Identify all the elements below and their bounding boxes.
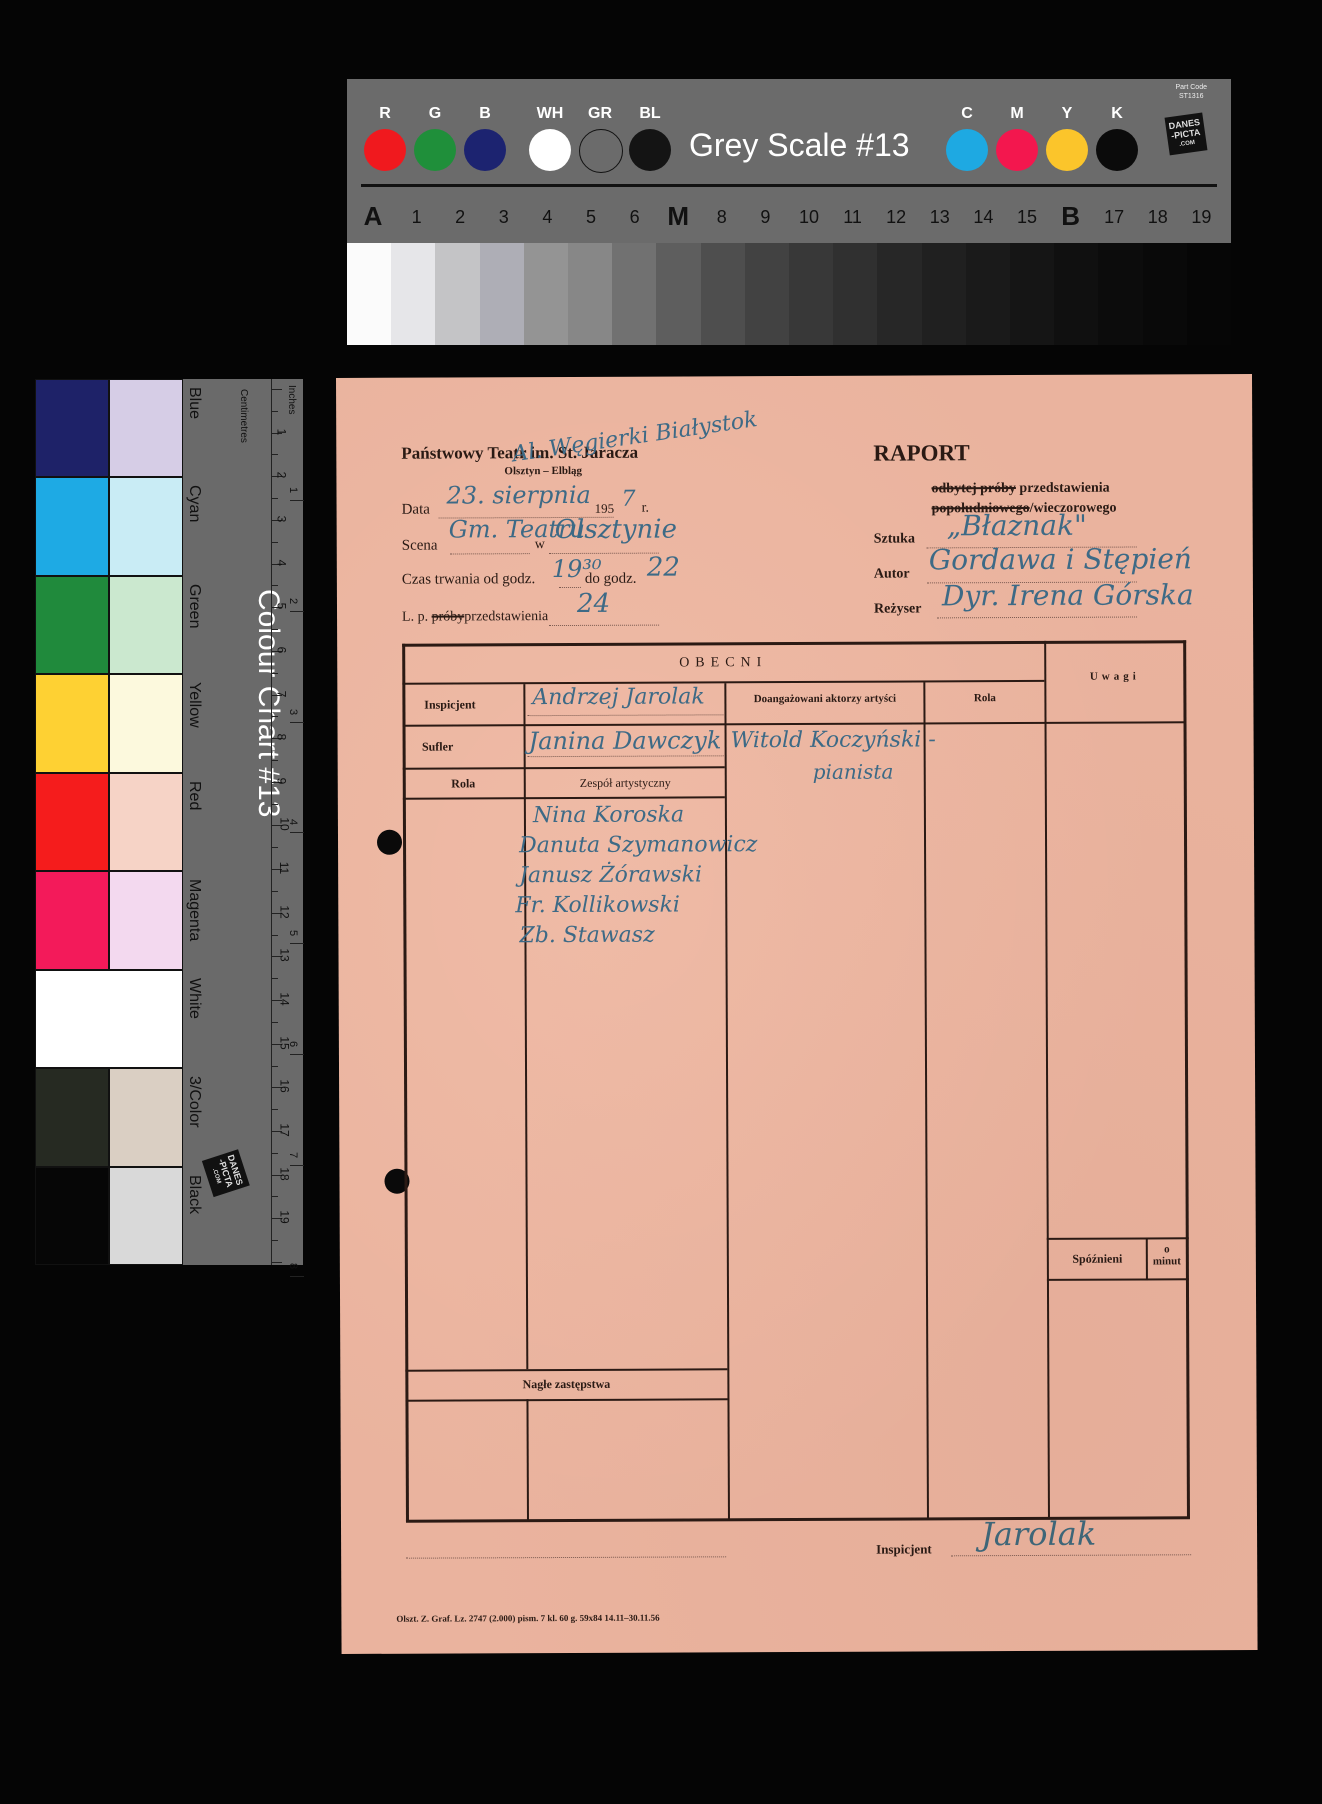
inch-tick-label: 2 (287, 598, 299, 604)
sufler-value: Janina Dawczyk (529, 726, 722, 755)
dot-label-wh: WH (528, 105, 572, 123)
color-dot-r (364, 129, 406, 171)
cm-tick-label: 17 (278, 1123, 292, 1136)
step-label: 18 (1140, 207, 1176, 228)
cm-tick-label: 11 (277, 862, 291, 874)
grey-step (347, 243, 391, 345)
sufler-label: Sufler (403, 739, 473, 754)
grey-step (391, 243, 435, 345)
report-form: Państwowy Teatr im. St. Jaracza Olsztyn … (336, 374, 1258, 1654)
color-dot-bl (629, 129, 671, 171)
swatch-yellow-dark (35, 674, 109, 772)
author-label: Autor (874, 566, 910, 582)
stage-city: Olsztynie (555, 515, 677, 546)
step-label: 4 (529, 207, 565, 228)
cm-tick-label: 18 (278, 1167, 292, 1180)
swatch-red-light (109, 773, 183, 871)
danes-picta-logo: DANES-PICTA.COM (1165, 113, 1207, 156)
footer-line (406, 1556, 726, 1558)
cm-tick-label: 4 (274, 559, 288, 566)
step-label: 1 (399, 207, 435, 228)
swatch-black-light (109, 1167, 183, 1265)
color-dot-g (414, 129, 456, 171)
color-dot-m (996, 129, 1038, 171)
performance-number: 24 (577, 589, 610, 619)
swatch-3-color-light (109, 1068, 183, 1166)
swatch-3-color-dark (35, 1068, 109, 1166)
swatch-label: Green (185, 584, 203, 628)
stage-city-line (549, 553, 659, 554)
year-digit: 7 (621, 487, 635, 512)
swatch-label: Cyan (185, 485, 203, 522)
dot-label-c: C (945, 105, 989, 123)
late-unit: ominut (1148, 1243, 1186, 1267)
cm-tick-label: 12 (278, 905, 292, 918)
color-dot-b (464, 129, 506, 171)
grey-step (656, 243, 700, 345)
cm-tick-label: 8 (274, 734, 288, 741)
attendance-table: OBECNI Uwagi Inspicjent Andrzej Jarolak … (402, 640, 1190, 1521)
color-dot-k (1096, 129, 1138, 171)
grey-step (833, 243, 877, 345)
date-label: Data (402, 502, 430, 519)
swatch-label: Blue (185, 387, 203, 419)
ruler: 1234567891011121314151617181912345678 (271, 379, 304, 1265)
grey-step (922, 243, 966, 345)
cm-tick-label: 16 (278, 1080, 292, 1093)
late-label: Spóźnieni (1049, 1251, 1146, 1266)
swatch-blue-dark (35, 379, 109, 477)
step-label: 10 (791, 207, 827, 228)
step-label: 17 (1096, 207, 1132, 228)
step-label: 11 (835, 207, 871, 228)
grey-step (701, 243, 745, 345)
inch-tick-label: 6 (287, 1041, 299, 1047)
grey-step (480, 243, 524, 345)
cm-tick-label: 14 (278, 992, 292, 1005)
grey-step (435, 243, 479, 345)
swatch-label: White (185, 978, 203, 1019)
role-header: Rola (403, 776, 524, 792)
step-label: 14 (965, 207, 1001, 228)
grey-step (789, 243, 833, 345)
grey-scale-card: RGBWHGRBLCMYK Grey Scale #13 Part Code S… (347, 79, 1231, 345)
guest-actors-header: Doangażowani aktorzy artyści (726, 692, 923, 705)
sudden-replacements-header: Nagłe zastępstwa (405, 1376, 727, 1392)
author-value: Gordawa i Stępień (929, 542, 1192, 576)
dot-label-g: G (413, 105, 457, 123)
cm-tick-label: 2 (274, 472, 288, 479)
step-label: 15 (1009, 207, 1045, 228)
grey-step (1010, 243, 1054, 345)
grey-step (877, 243, 921, 345)
swatch-label: Yellow (185, 682, 203, 728)
grey-step (1143, 243, 1187, 345)
grey-step (745, 243, 789, 345)
inch-tick-label: 8 (287, 1263, 299, 1269)
grey-step-strip (347, 243, 1231, 345)
ensemble-member: Fr. Kollikowski (515, 893, 680, 919)
dot-label-gr: GR (578, 105, 622, 123)
dot-label-m: M (995, 105, 1039, 123)
dot-label-bl: BL (628, 105, 672, 123)
swatch-magenta-light (109, 871, 183, 969)
inch-tick-label: 4 (287, 819, 299, 825)
grey-step (568, 243, 612, 345)
swatch-black-dark (35, 1167, 109, 1265)
colour-swatches (35, 379, 183, 1265)
step-label: 2 (442, 207, 478, 228)
cm-tick-label: 6 (274, 647, 288, 654)
guest-role-header: Rola (925, 692, 1044, 705)
ensemble-member: Danuta Szymanowicz (519, 832, 757, 858)
stage-label: Scena (402, 538, 438, 555)
inch-tick-label: 7 (287, 1152, 299, 1158)
date-value: 23. sierpnia (446, 481, 590, 510)
duration-label: Czas trwania od godz. (402, 571, 535, 589)
stage-line (450, 553, 530, 554)
cm-tick-label: 1 (274, 428, 288, 435)
step-label: 6 (617, 207, 653, 228)
director-line (937, 617, 1137, 619)
swatch-green-dark (35, 576, 109, 674)
grey-step (524, 243, 568, 345)
step-label: 5 (573, 207, 609, 228)
dot-label-b: B (463, 105, 507, 123)
director-value: Dyr. Irena Górska (942, 578, 1194, 612)
play-label: Sztuka (874, 531, 915, 547)
signature-label: Inspicjent (876, 1541, 932, 1557)
remarks-header: Uwagi (1046, 670, 1183, 683)
divider (361, 184, 1217, 187)
dot-label-k: K (1095, 105, 1139, 123)
swatch-label: 3/Color (185, 1076, 203, 1128)
swatch-label: Black (185, 1175, 203, 1214)
stage-in: w (535, 537, 545, 553)
guest-actor-line-1: Witold Koczyński - (731, 727, 936, 753)
cm-tick-label: 9 (274, 777, 288, 784)
swatch-blue-light (109, 379, 183, 477)
step-label: 13 (922, 207, 958, 228)
director-label: Reżyser (874, 601, 921, 617)
step-label: 9 (747, 207, 783, 228)
ensemble-member: Nina Koroska (533, 802, 684, 828)
swatch-cyan-dark (35, 477, 109, 575)
performance-number-label: L. p. próbyprzedstawienia (402, 609, 548, 626)
printer-note: Olszt. Z. Graf. Lz. 2747 (2.000) pism. 7… (396, 1613, 659, 1624)
colour-chart-card: BlueCyanGreenYellowRedMagentaWhite3/Colo… (35, 379, 303, 1265)
inspicjent-line (527, 714, 723, 716)
inspicjent-label: Inspicjent (402, 697, 497, 712)
grey-step (1098, 243, 1142, 345)
swatch-yellow-light (109, 674, 183, 772)
part-code: Part Code ST1316 (1175, 83, 1207, 101)
dot-label-r: R (363, 105, 407, 123)
obecni-header: OBECNI (402, 654, 1044, 673)
grey-step (612, 243, 656, 345)
step-label: A (355, 201, 391, 232)
color-dot-c (946, 129, 988, 171)
play-value: „Błaznak" (947, 509, 1087, 543)
cm-tick-label: 19 (278, 1211, 292, 1224)
performance-number-line (549, 625, 659, 626)
inches-label: Inches (286, 385, 297, 414)
signature-line (951, 1554, 1191, 1556)
swatch-cyan-light (109, 477, 183, 575)
inspicjent-value: Andrzej Jarolak (532, 684, 704, 710)
swatch-green-light (109, 576, 183, 674)
swatch-label: Red (185, 781, 203, 810)
step-label: 12 (878, 207, 914, 228)
step-label: 3 (486, 207, 522, 228)
swatch-magenta-dark (35, 871, 109, 969)
inch-tick-label: 1 (287, 487, 299, 493)
duration-from-line (559, 587, 581, 588)
step-label: M (660, 201, 696, 232)
color-dot-wh (529, 129, 571, 171)
cm-tick-label: 13 (278, 949, 292, 962)
duration-to: 22 (647, 553, 680, 583)
swatch-white (35, 970, 183, 1068)
grey-step (1054, 243, 1098, 345)
report-subtitle: odbytej próby przedstawienia (931, 481, 1109, 498)
centimetres-label: Centimetres (238, 389, 249, 443)
danes-picta-logo: DANES-PICTA.COM (202, 1149, 250, 1196)
swatch-label: Magenta (185, 879, 203, 941)
cm-tick-label: 3 (274, 516, 288, 523)
swatch-red-dark (35, 773, 109, 871)
ensemble-member: Janusz Żórawski (519, 862, 702, 888)
punch-hole (377, 830, 402, 855)
cm-tick-label: 7 (274, 690, 288, 697)
step-label: B (1053, 201, 1089, 232)
grey-step (966, 243, 1010, 345)
color-dot-y (1046, 129, 1088, 171)
signature: Jarolak (981, 1515, 1096, 1554)
grey-step (1187, 243, 1231, 345)
step-label: 19 (1183, 207, 1219, 228)
grey-scale-title: Grey Scale #13 (689, 127, 910, 164)
report-title: RAPORT (873, 440, 969, 466)
inch-tick-label: 5 (287, 930, 299, 936)
ensemble-header: Zespół artystyczny (526, 775, 725, 791)
guest-actor-line-2: pianista (813, 760, 894, 784)
dot-label-y: Y (1045, 105, 1089, 123)
step-label: 8 (704, 207, 740, 228)
sufler-line (528, 755, 724, 757)
inch-tick-label: 3 (287, 709, 299, 715)
color-dot-gr (579, 129, 623, 173)
duration-to-label: do godz. (585, 571, 637, 588)
ensemble-member: Zb. Stawasz (519, 923, 654, 949)
